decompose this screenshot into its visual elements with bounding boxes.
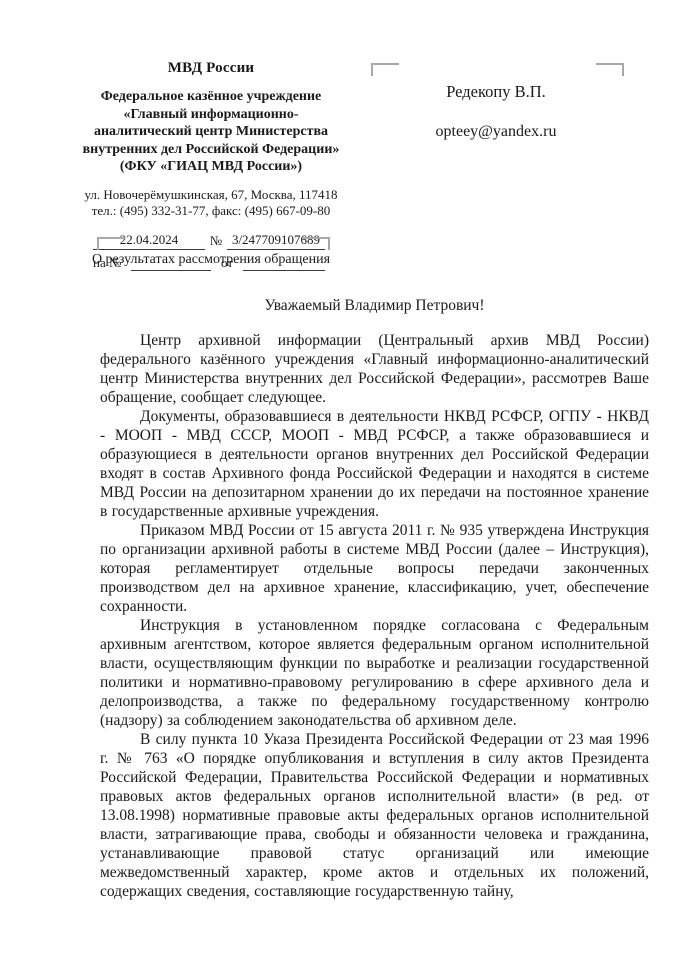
paragraph: Приказом МВД России от 15 августа 2011 г… <box>100 521 649 616</box>
recipient-corner-mark-left <box>371 63 399 76</box>
letter-page: МВД России Федеральное казённое учрежден… <box>0 0 679 960</box>
recipient-block: Редекопу В.П. opteey@yandex.ru <box>368 82 624 141</box>
recipient-corner-mark-right <box>596 63 624 76</box>
paragraph: Документы, образовавшиеся в деятельности… <box>100 407 649 521</box>
subject-corner-mark-left <box>97 237 125 250</box>
org-name: Федеральное казённое учреждение«Главный … <box>60 88 362 176</box>
subject-line: О результатах рассмотрения обращения <box>60 252 362 268</box>
org-name-line: внутренних дел Российской Федерации» <box>60 141 362 159</box>
subject-corner-mark-right <box>302 237 330 250</box>
org-phone-fax: тел.: (495) 332-31-77, факс: (495) 667-0… <box>60 203 362 219</box>
paragraph: В силу пункта 10 Указа Президента Россий… <box>100 730 649 901</box>
paragraph: Центр архивной информации (Центральный а… <box>100 331 649 407</box>
paragraph: Инструкция в установленном порядке согла… <box>100 616 649 730</box>
ministry-title: МВД России <box>60 60 362 77</box>
letter-body: Уважаемый Владимир Петрович! Центр архив… <box>100 297 649 901</box>
recipient-email: opteey@yandex.ru <box>368 123 624 141</box>
org-address: ул. Новочерёмушкинская, 67, Москва, 1174… <box>60 187 362 203</box>
number-sign: № <box>205 233 227 250</box>
org-name-line: Федеральное казённое учреждение <box>60 88 362 106</box>
org-name-line: аналитический центр Министерства <box>60 123 362 141</box>
org-name-line: (ФКУ «ГИАЦ МВД России») <box>60 158 362 176</box>
recipient-name: Редекопу В.П. <box>368 82 624 102</box>
outgoing-ref-row: 22.04.2024 № 3/247709107689 <box>93 232 325 250</box>
org-name-line: «Главный информационно- <box>60 106 362 124</box>
body-paragraphs: Центр архивной информации (Центральный а… <box>100 331 649 901</box>
salutation: Уважаемый Владимир Петрович! <box>100 297 649 315</box>
